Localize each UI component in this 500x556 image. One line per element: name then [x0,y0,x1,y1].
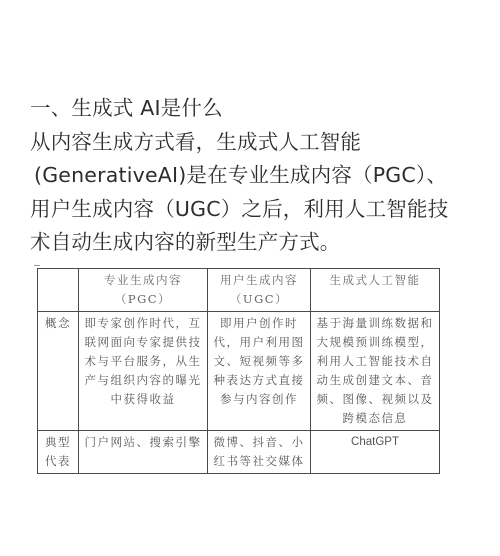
paragraph-line: 从内容生成方式看，生成式人工智能 [30,126,490,160]
paragraph-line: (GenerativeAI)是在专业生成内容（PGC）、 [34,159,490,193]
table-row: 典型 代表 门户网站、搜索引擎 微博、抖音、小 红书等社交媒体 ChatGPT [38,431,440,474]
header-cell-pgc: 专业生成内容 （PGC） [79,269,208,312]
table-cell: ChatGPT [311,431,440,474]
table-cell: 即专家创作时代，互 联网面向专家提供技 术与平台服务，从生 产与组织内容的曝光 … [79,312,208,431]
table-cell: 微博、抖音、小 红书等社交媒体 [208,431,311,474]
table-cell: 门户网站、搜索引擎 [79,431,208,474]
intro-text-block: 一、生成式 AI是什么 从内容生成方式看，生成式人工智能 (Generative… [30,92,490,260]
header-cell-empty [38,269,79,312]
section-heading: 一、生成式 AI是什么 [30,92,490,126]
comparison-table: 专业生成内容 （PGC） 用户生成内容 （UGC） 生成式人工智能 概念 即专家… [37,268,440,474]
table-cell: 基于海量训练数据和 大规模预训练模型， 利用人工智能技术自 动生成创建文本、音 … [311,312,440,431]
table-header-row: 专业生成内容 （PGC） 用户生成内容 （UGC） 生成式人工智能 [38,269,440,312]
row-label: 概念 [38,312,79,431]
table-cell: 即用户创作时 代，用户利用图 文、短视频等多 种表达方式直接 参与内容创作 [208,312,311,431]
row-label: 典型 代表 [38,431,79,474]
header-cell-ugc: 用户生成内容 （UGC） [208,269,311,312]
table-row: 概念 即专家创作时代，互 联网面向专家提供技 术与平台服务，从生 产与组织内容的… [38,312,440,431]
header-cell-genai: 生成式人工智能 [311,269,440,312]
paragraph-line: 用户生成内容（UGC）之后，利用人工智能技 [30,193,490,227]
paragraph-line: 术自动生成内容的新型生产方式。 [30,226,490,260]
scan-mark [34,265,40,266]
